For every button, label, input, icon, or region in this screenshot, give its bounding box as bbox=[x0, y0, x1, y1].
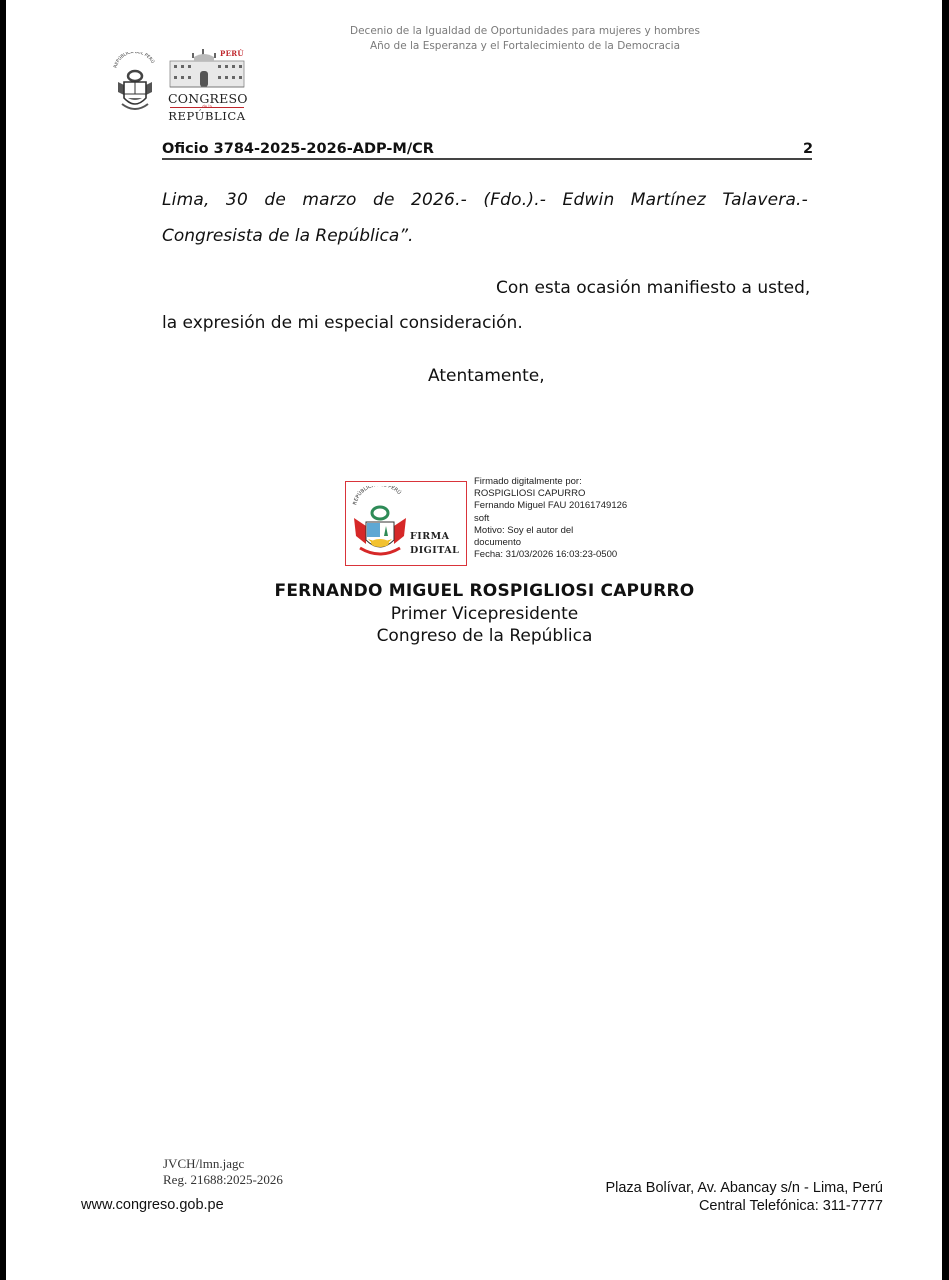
footer-address: Plaza Bolívar, Av. Abancay s/n - Lima, P… bbox=[605, 1179, 883, 1215]
logo-country-label: PERÚ bbox=[220, 49, 244, 58]
document-reference: Oficio 3784-2025-2026-ADP-M/CR bbox=[162, 141, 434, 157]
peru-coat-of-arms-icon: REPÚBLICA DEL PERÚ bbox=[110, 52, 160, 116]
signature-info-line: Motivo: Soy el autor del bbox=[474, 525, 627, 537]
address-line: Plaza Bolívar, Av. Abancay s/n - Lima, P… bbox=[605, 1179, 883, 1197]
page-number: 2 bbox=[803, 141, 813, 157]
signer-organization: Congreso de la República bbox=[0, 626, 949, 646]
signature-info: Firmado digitalmente por: ROSPIGLIOSI CA… bbox=[474, 476, 627, 561]
initials-line: JVCH/lmn.jagc bbox=[163, 1156, 283, 1172]
stamp-label-line-1: FIRMA bbox=[410, 530, 459, 544]
digital-signature-stamp: REPÚBLICA DEL PERÚ FIRMA DIGITAL bbox=[345, 481, 467, 566]
svg-text:REPÚBLICA DEL PERÚ: REPÚBLICA DEL PERÚ bbox=[352, 486, 403, 506]
congreso-logo: PERÚ CONGRESO de la REPÚBLICA bbox=[168, 47, 246, 125]
signature-info-line: ROSPIGLIOSI CAPURRO bbox=[474, 488, 627, 500]
signature-info-line: Fernando Miguel FAU 20161749126 bbox=[474, 500, 627, 512]
signer-title: Primer Vicepresidente bbox=[0, 604, 949, 624]
footer-website-link[interactable]: www.congreso.gob.pe bbox=[81, 1197, 224, 1213]
svg-text:REPÚBLICA DEL PERÚ: REPÚBLICA DEL PERÚ bbox=[113, 52, 157, 69]
footer-initials: JVCH/lmn.jagc Reg. 21688:2025-2026 bbox=[163, 1156, 283, 1188]
logo-word-republica: REPÚBLICA bbox=[168, 109, 246, 123]
stamp-label-line-2: DIGITAL bbox=[410, 544, 459, 558]
header-motto: Decenio de la Igualdad de Oportunidades … bbox=[300, 24, 750, 54]
peru-coat-of-arms-color-icon: REPÚBLICA DEL PERÚ bbox=[350, 486, 412, 562]
signer-name: FERNANDO MIGUEL ROSPIGLIOSI CAPURRO bbox=[0, 581, 949, 601]
closing-salutation: Atentamente, bbox=[428, 366, 545, 386]
stamp-label: FIRMA DIGITAL bbox=[410, 530, 459, 558]
signature-info-line: Fecha: 31/03/2026 16:03:23-0500 bbox=[474, 549, 627, 561]
paragraph-line-1: Con esta ocasión manifiesto a usted, bbox=[496, 278, 810, 298]
phone-line: Central Telefónica: 311-7777 bbox=[605, 1197, 883, 1215]
signature-info-line: Firmado digitalmente por: bbox=[474, 476, 627, 488]
registry-number: Reg. 21688:2025-2026 bbox=[163, 1172, 283, 1188]
signature-info-line: documento bbox=[474, 537, 627, 549]
signature-info-line: soft bbox=[474, 513, 627, 525]
motto-line-1: Decenio de la Igualdad de Oportunidades … bbox=[300, 24, 750, 39]
motto-line-2: Año de la Esperanza y el Fortalecimiento… bbox=[300, 39, 750, 54]
quote-line-1: Lima, 30 de marzo de 2026.- (Fdo.).- Edw… bbox=[162, 190, 808, 210]
quote-line-2: Congresista de la República”. bbox=[162, 226, 413, 246]
paragraph-line-2: la expresión de mi especial consideració… bbox=[162, 313, 523, 333]
header-divider bbox=[162, 158, 812, 160]
